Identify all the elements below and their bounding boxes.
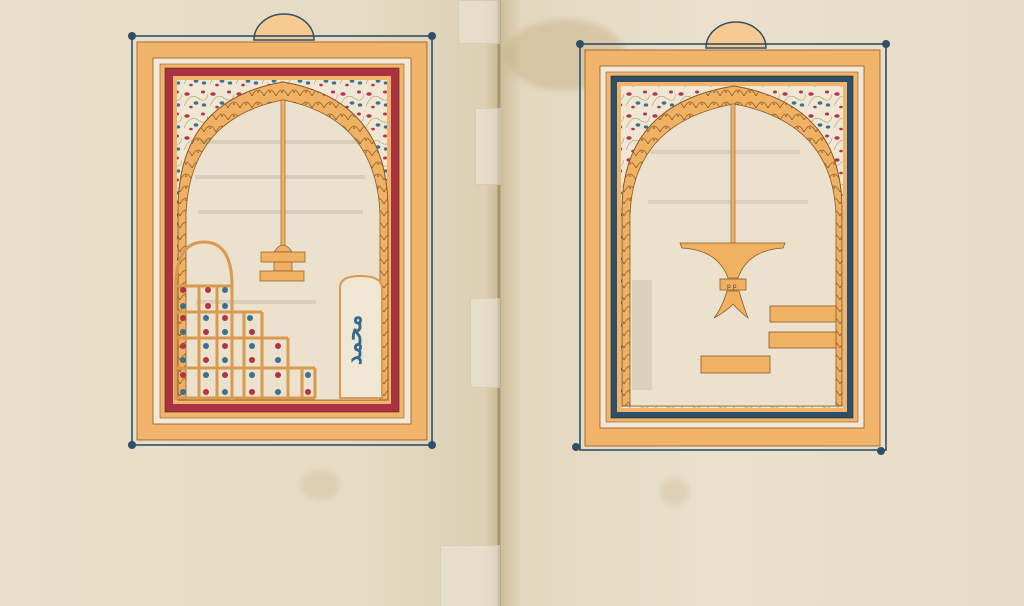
right-folio: p p [572,22,890,455]
calligraphy-text: محمد [341,315,367,365]
manuscript-spread: محمد [0,0,1024,606]
bar-lower-left [701,356,770,373]
left-folio: محمد [128,14,436,449]
hanging-rod-left [281,100,285,250]
stand-label: p p [727,283,737,290]
illustration-layer: محمد [0,0,1024,606]
hanging-rod-right [731,104,735,244]
bar-upper-right [770,306,836,322]
bar-middle-right [769,332,836,348]
